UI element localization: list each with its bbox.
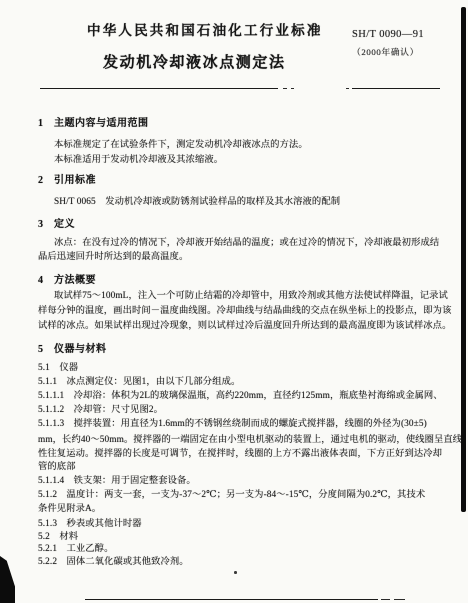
scan-artifact-speck	[318, 27, 320, 31]
para-method-line-2: 样每分钟的温度，画出时间－温度曲线图。冷却曲线与结晶曲线的交点在纵坐标上的投影点…	[38, 302, 451, 316]
item-5-1-3-stopwatch: 5.1.3 秒表或其他计时器	[38, 515, 142, 529]
item-5-2-1-ethanol: 5.2.1 工业乙醇。	[38, 540, 113, 554]
scan-artifact-right-edge-bar	[461, 7, 466, 512]
para-scope-line-2: 本标准适用于发动机冷却液及其浓缩液。	[54, 151, 223, 165]
para-scope-line-1: 本标准规定了在试验条件下，测定发动机冷却液冰点的方法。	[54, 136, 308, 150]
item-5-1-2-thermometers-line-1: 5.1.2 温度计：两支一套，一支为-37～2℃；另一支为-84～-15℃，分度…	[38, 486, 425, 500]
item-5-1-1-1-cooling-bath: 5.1.1.1 冷却浴：体积为2L的玻璃保温瓶，高约220mm，直径约125mm…	[38, 387, 443, 401]
item-5-1-1-freezing-point-apparatus: 5.1.1 冰点测定仪：见图1，由以下几部分组成。	[38, 373, 240, 387]
standard-number: SH/T 0090—91	[352, 29, 424, 40]
para-method-line-1: 取试样75～100mL，注入一个可防止结霜的冷却管中，用致冷剂或其他方法使试样降…	[54, 287, 448, 301]
item-5-1-1-3-stirrer-line-3: 性往复运动。搅拌器的长度是可调节，在搅拌时，线圈的上方不露出液体表面，下方正好到…	[38, 445, 442, 459]
confirmation-note: （2000年确认）	[352, 45, 419, 58]
header-rule-left	[40, 88, 278, 89]
heading-3-definition: 3 定义	[38, 215, 75, 230]
item-5-1-1-2-cooling-tube: 5.1.1.2 冷却管：尺寸见图2。	[38, 401, 163, 415]
item-5-1-1-3-stirrer-line-1: 5.1.1.3 搅拌装置：用直径为1.6mm的不锈钢丝绕制而成的螺旋式搅拌器，线…	[38, 415, 427, 429]
item-5-1-1-3-stirrer-line-4: 管的底部	[38, 458, 76, 472]
item-5-1-1-3-stirrer-line-2: mm，长约40～50mm。搅拌器的一端固定在由小型电机驱动的装置上，通过电机的驱…	[38, 431, 462, 445]
scanned-standard-page: 中华人民共和国石油化工行业标准 SH/T 0090—91 （2000年确认） 发…	[0, 0, 468, 603]
header-rule-right	[352, 88, 440, 89]
para-definition-line-2: 晶后迅速回升时所达到的最高温度。	[38, 248, 188, 262]
heading-4-method-summary: 4 方法概要	[38, 271, 96, 286]
para-method-line-3: 试样的冰点。如果试样出现过冷现象，则以试样过冷后温度回升所达到的最高温度即为该试…	[38, 317, 451, 331]
heading-1-scope: 1 主题内容与适用范围	[38, 114, 149, 129]
item-5-2-2-dry-ice: 5.2.2 固体二氧化碳或其他致冷剂。	[38, 553, 189, 567]
heading-5-apparatus-materials: 5 仪器与材料	[38, 340, 107, 355]
header-rule-dash	[291, 88, 294, 90]
item-5-1-apparatus: 5.1 仪器	[38, 359, 78, 373]
heading-2-references: 2 引用标准	[38, 171, 96, 186]
footer-rule	[85, 599, 378, 600]
item-5-1-1-4-iron-stand: 5.1.1.4 铁支架：用于固定整套设备。	[38, 472, 196, 486]
standard-org-title: 中华人民共和国石油化工行业标准	[87, 19, 323, 39]
header-rule-dash	[346, 88, 349, 90]
footer-rule-dash	[394, 599, 405, 600]
scan-artifact-speck	[234, 571, 237, 574]
item-5-1-2-thermometers-line-2: 条件见附录A。	[38, 500, 101, 514]
scan-artifact-corner-blob	[0, 556, 15, 603]
document-title: 发动机冷却液冰点测定法	[103, 51, 286, 72]
para-reference-sht0065: SH/T 0065 发动机冷却液或防锈剂试验样品的取样及其水溶液的配制	[54, 193, 340, 207]
header-rule-dash	[283, 88, 287, 90]
para-definition-line-1: 冰点：在没有过冷的情况下，冷却液开始结晶的温度；或在过冷的情况下，冷却液最初形成…	[54, 234, 439, 248]
footer-rule-dash	[381, 599, 390, 600]
